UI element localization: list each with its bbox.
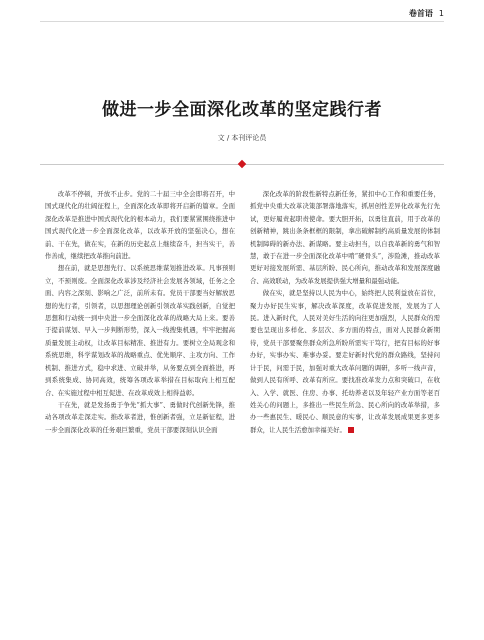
end-mark-icon <box>348 427 354 433</box>
right-column: 深化改革的阶段性新特点新任务，紧扣中心工作和重要任务，抓党中央重大改革决策部署落… <box>250 188 440 436</box>
article-byline: 文 / 本刊评论员 <box>0 133 484 143</box>
page-number: 1 <box>439 9 444 18</box>
paragraph: 做在实，就是坚持以人民为中心，始终把人民利益放在首位，聚力办好民生实事，解决改革… <box>250 287 440 436</box>
paragraph: 深化改革的阶段性新特点新任务，紧扣中心工作和重要任务，抓党中央重大改革决策部署落… <box>250 188 440 287</box>
section-tag: 卷首语 <box>409 8 433 19</box>
page-header: 卷首语 1 <box>409 8 444 19</box>
left-column: 改革不停顿，开放不止步。党的二十届三中全会即将召开，中国式现代化的壮阔征程上，全… <box>45 188 235 436</box>
paragraph-text: 做在实，就是坚持以人民为中心，始终把人民利益放在首位，聚力办好民生实事，解决改革… <box>250 289 440 433</box>
header-rule <box>40 21 444 22</box>
paragraph: 干在先，就是发扬勇于争先“抓大事”、勇做时代创新先锋，推动各项改革走深走实。推改… <box>45 399 235 436</box>
divider-diamond-icon <box>238 160 246 168</box>
paragraph: 改革不停顿，开放不止步。党的二十届三中全会即将召开，中国式现代化的壮阔征程上，全… <box>45 188 235 262</box>
paragraph: 想在前，就是思想先行、以系统思维谋划推进改革。凡事预则立，不预则废。全面深化改革… <box>45 262 235 398</box>
article-title: 做进一步全面深化改革的坚定践行者 <box>0 95 484 120</box>
